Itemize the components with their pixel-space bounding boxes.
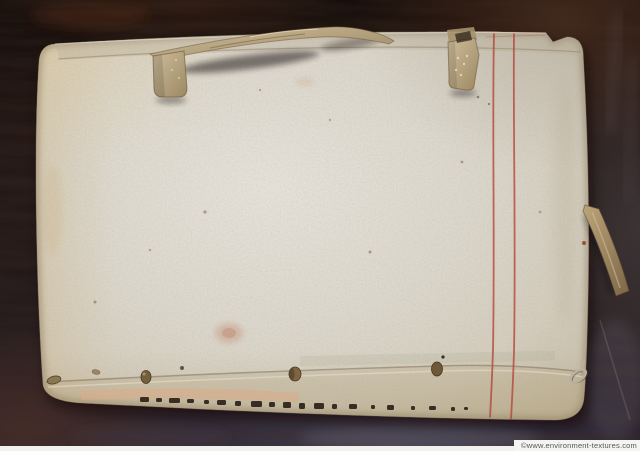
strap-stub-shadow [450, 90, 476, 97]
photo-scene: ©www.environment-textures.com [0, 0, 640, 451]
cover-details [0, 0, 640, 451]
watermark: ©www.environment-textures.com [514, 440, 640, 451]
strap-tab-shadow [156, 97, 186, 104]
book-photo-illustration [0, 0, 640, 451]
watermark-text: ©www.environment-textures.com [521, 441, 637, 450]
right-strap [447, 27, 479, 97]
